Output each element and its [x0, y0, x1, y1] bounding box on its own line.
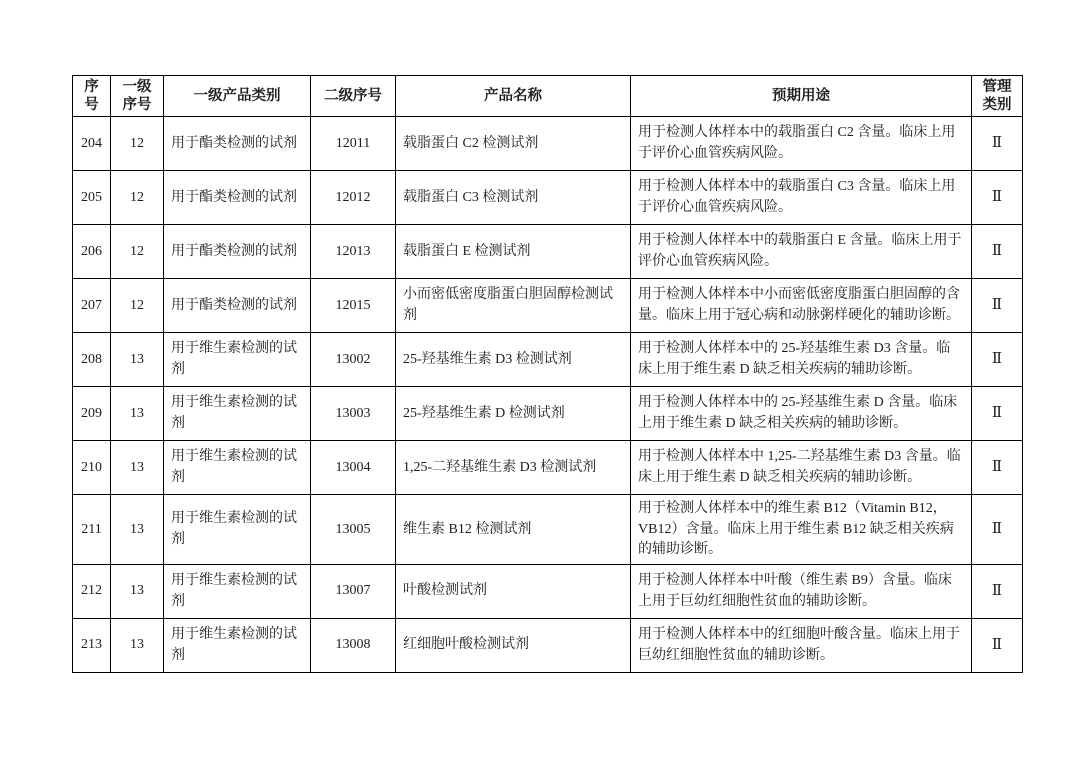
cell-mgmt-class: Ⅱ [972, 225, 1023, 279]
cell-product-name: 载脂蛋白 C2 检测试剂 [396, 117, 631, 171]
cell-level2-serial: 13005 [311, 495, 396, 565]
cell-product-name: 红细胞叶酸检测试剂 [396, 619, 631, 673]
cell-mgmt-class: Ⅱ [972, 279, 1023, 333]
cell-level1-category: 用于维生素检测的试剂 [164, 565, 311, 619]
cell-serial: 205 [73, 171, 111, 225]
cell-mgmt-class: Ⅱ [972, 387, 1023, 441]
cell-intended-use: 用于检测人体样本中小而密低密度脂蛋白胆固醇的含量。临床上用于冠心病和动脉粥样硬化… [631, 279, 972, 333]
cell-serial: 212 [73, 565, 111, 619]
product-catalog-table: 序号 一级序号 一级产品类别 二级序号 产品名称 预期用途 管理类别 204 1… [72, 75, 1023, 673]
table-row: 211 13 用于维生素检测的试剂 13005 维生素 B12 检测试剂 用于检… [73, 495, 1023, 565]
cell-level1-category: 用于酯类检测的试剂 [164, 279, 311, 333]
cell-product-name: 25-羟基维生素 D3 检测试剂 [396, 333, 631, 387]
cell-level1-category: 用于酯类检测的试剂 [164, 117, 311, 171]
cell-level2-serial: 12011 [311, 117, 396, 171]
cell-intended-use: 用于检测人体样本中的载脂蛋白 C2 含量。临床上用于评价心血管疾病风险。 [631, 117, 972, 171]
cell-level1-serial: 12 [111, 279, 164, 333]
column-header-intended-use: 预期用途 [631, 76, 972, 117]
cell-level1-serial: 13 [111, 495, 164, 565]
cell-level2-serial: 13007 [311, 565, 396, 619]
cell-level2-serial: 12012 [311, 171, 396, 225]
cell-mgmt-class: Ⅱ [972, 333, 1023, 387]
table-header-row: 序号 一级序号 一级产品类别 二级序号 产品名称 预期用途 管理类别 [73, 76, 1023, 117]
table-row: 213 13 用于维生素检测的试剂 13008 红细胞叶酸检测试剂 用于检测人体… [73, 619, 1023, 673]
cell-level1-serial: 12 [111, 171, 164, 225]
cell-mgmt-class: Ⅱ [972, 619, 1023, 673]
table-row: 207 12 用于酯类检测的试剂 12015 小而密低密度脂蛋白胆固醇检测试剂 … [73, 279, 1023, 333]
cell-serial: 211 [73, 495, 111, 565]
cell-level1-serial: 13 [111, 441, 164, 495]
cell-product-name: 25-羟基维生素 D 检测试剂 [396, 387, 631, 441]
cell-product-name: 载脂蛋白 E 检测试剂 [396, 225, 631, 279]
cell-level2-serial: 12013 [311, 225, 396, 279]
cell-intended-use: 用于检测人体样本中的维生素 B12（Vitamin B12，VB12）含量。临床… [631, 495, 972, 565]
cell-level1-category: 用于维生素检测的试剂 [164, 441, 311, 495]
cell-intended-use: 用于检测人体样本中叶酸（维生素 B9）含量。临床上用于巨幼红细胞性贫血的辅助诊断… [631, 565, 972, 619]
cell-mgmt-class: Ⅱ [972, 171, 1023, 225]
cell-intended-use: 用于检测人体样本中的 25-羟基维生素 D 含量。临床上用于维生素 D 缺乏相关… [631, 387, 972, 441]
column-header-level1-category: 一级产品类别 [164, 76, 311, 117]
table-row: 208 13 用于维生素检测的试剂 13002 25-羟基维生素 D3 检测试剂… [73, 333, 1023, 387]
cell-serial: 204 [73, 117, 111, 171]
cell-level1-serial: 13 [111, 333, 164, 387]
cell-level2-serial: 13008 [311, 619, 396, 673]
cell-level1-category: 用于维生素检测的试剂 [164, 495, 311, 565]
cell-level1-serial: 13 [111, 565, 164, 619]
cell-serial: 206 [73, 225, 111, 279]
cell-mgmt-class: Ⅱ [972, 117, 1023, 171]
cell-intended-use: 用于检测人体样本中 1,25-二羟基维生素 D3 含量。临床上用于维生素 D 缺… [631, 441, 972, 495]
table-row: 212 13 用于维生素检测的试剂 13007 叶酸检测试剂 用于检测人体样本中… [73, 565, 1023, 619]
cell-serial: 208 [73, 333, 111, 387]
cell-serial: 207 [73, 279, 111, 333]
cell-level1-category: 用于维生素检测的试剂 [164, 333, 311, 387]
table-row: 204 12 用于酯类检测的试剂 12011 载脂蛋白 C2 检测试剂 用于检测… [73, 117, 1023, 171]
cell-level2-serial: 13002 [311, 333, 396, 387]
cell-mgmt-class: Ⅱ [972, 441, 1023, 495]
cell-level1-category: 用于维生素检测的试剂 [164, 387, 311, 441]
cell-level1-serial: 13 [111, 387, 164, 441]
cell-intended-use: 用于检测人体样本中的载脂蛋白 C3 含量。临床上用于评价心血管疾病风险。 [631, 171, 972, 225]
table-body: 204 12 用于酯类检测的试剂 12011 载脂蛋白 C2 检测试剂 用于检测… [73, 117, 1023, 673]
cell-level1-category: 用于酯类检测的试剂 [164, 225, 311, 279]
column-header-level2-serial: 二级序号 [311, 76, 396, 117]
cell-level1-serial: 13 [111, 619, 164, 673]
column-header-level1-serial: 一级序号 [111, 76, 164, 117]
cell-intended-use: 用于检测人体样本中的 25-羟基维生素 D3 含量。临床上用于维生素 D 缺乏相… [631, 333, 972, 387]
cell-serial: 209 [73, 387, 111, 441]
cell-level1-category: 用于酯类检测的试剂 [164, 171, 311, 225]
cell-product-name: 小而密低密度脂蛋白胆固醇检测试剂 [396, 279, 631, 333]
cell-product-name: 1,25-二羟基维生素 D3 检测试剂 [396, 441, 631, 495]
cell-level1-serial: 12 [111, 117, 164, 171]
cell-product-name: 载脂蛋白 C3 检测试剂 [396, 171, 631, 225]
column-header-product-name: 产品名称 [396, 76, 631, 117]
table-row: 209 13 用于维生素检测的试剂 13003 25-羟基维生素 D 检测试剂 … [73, 387, 1023, 441]
cell-level1-serial: 12 [111, 225, 164, 279]
cell-serial: 213 [73, 619, 111, 673]
column-header-mgmt-class: 管理类别 [972, 76, 1023, 117]
cell-product-name: 维生素 B12 检测试剂 [396, 495, 631, 565]
document-page: 序号 一级序号 一级产品类别 二级序号 产品名称 预期用途 管理类别 204 1… [72, 75, 1023, 673]
table-row: 206 12 用于酯类检测的试剂 12013 载脂蛋白 E 检测试剂 用于检测人… [73, 225, 1023, 279]
cell-mgmt-class: Ⅱ [972, 495, 1023, 565]
cell-serial: 210 [73, 441, 111, 495]
cell-level2-serial: 13004 [311, 441, 396, 495]
table-row: 205 12 用于酯类检测的试剂 12012 载脂蛋白 C3 检测试剂 用于检测… [73, 171, 1023, 225]
cell-mgmt-class: Ⅱ [972, 565, 1023, 619]
column-header-serial: 序号 [73, 76, 111, 117]
cell-level2-serial: 13003 [311, 387, 396, 441]
cell-level2-serial: 12015 [311, 279, 396, 333]
cell-intended-use: 用于检测人体样本中的载脂蛋白 E 含量。临床上用于评价心血管疾病风险。 [631, 225, 972, 279]
cell-product-name: 叶酸检测试剂 [396, 565, 631, 619]
cell-intended-use: 用于检测人体样本中的红细胞叶酸含量。临床上用于巨幼红细胞性贫血的辅助诊断。 [631, 619, 972, 673]
cell-level1-category: 用于维生素检测的试剂 [164, 619, 311, 673]
table-row: 210 13 用于维生素检测的试剂 13004 1,25-二羟基维生素 D3 检… [73, 441, 1023, 495]
